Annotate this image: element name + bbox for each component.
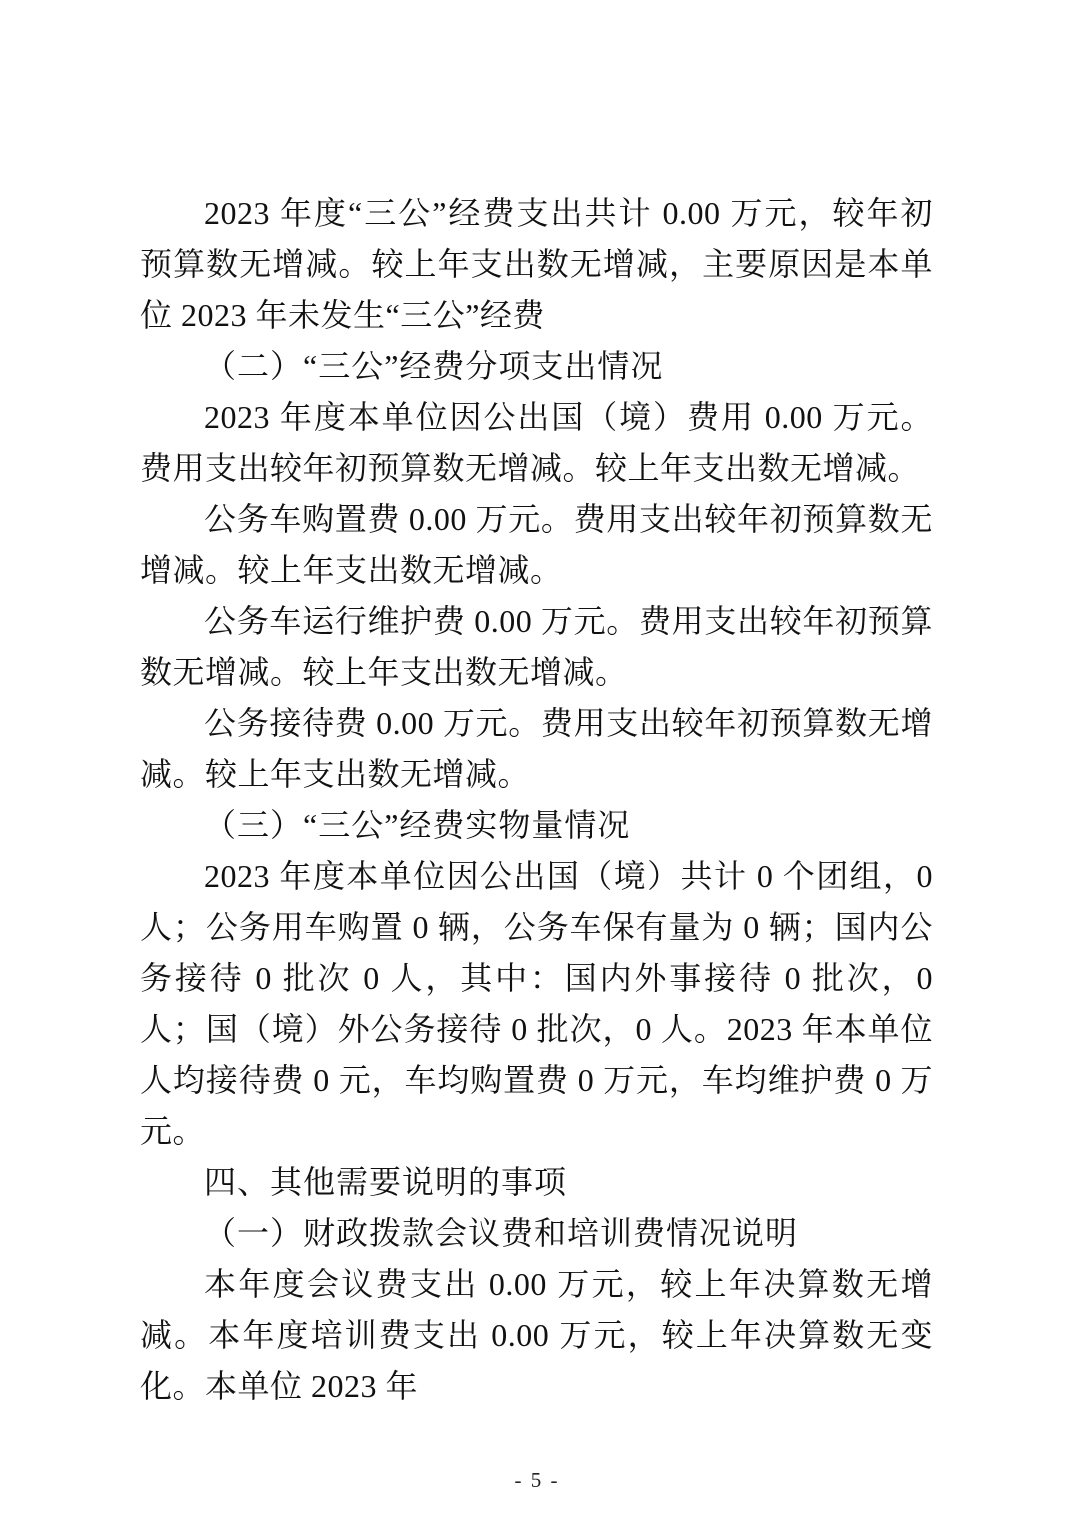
paragraph-overseas-travel-expense: 2023 年度本单位因公出国（境）费用 0.00 万元。费用支出较年初预算数无增… — [140, 392, 933, 494]
heading-sangong-itemized-expenditure: （二）“三公”经费分项支出情况 — [140, 341, 933, 392]
heading-sangong-physical-quantities: （三）“三公”经费实物量情况 — [140, 800, 933, 851]
heading-meeting-training-fees: （一）财政拨款会议费和培训费情况说明 — [140, 1208, 933, 1259]
page-number: - 5 - — [515, 1468, 560, 1492]
document-content: 2023 年度“三公”经费支出共计 0.00 万元，较年初预算数无增减。较上年支… — [140, 188, 933, 1412]
paragraph-official-reception-expense: 公务接待费 0.00 万元。费用支出较年初预算数无增减。较上年支出数无增减。 — [140, 698, 933, 800]
paragraph-sangong-total-expenditure: 2023 年度“三公”经费支出共计 0.00 万元，较年初预算数无增减。较上年支… — [140, 188, 933, 341]
paragraph-meeting-training-fees-detail: 本年度会议费支出 0.00 万元，较上年决算数无增减。本年度培训费支出 0.00… — [140, 1259, 933, 1412]
paragraph-vehicle-purchase-expense: 公务车购置费 0.00 万元。费用支出较年初预算数无增减。较上年支出数无增减。 — [140, 494, 933, 596]
heading-other-matters: 四、其他需要说明的事项 — [140, 1157, 933, 1208]
page-footer: - 5 - — [0, 1466, 1074, 1494]
paragraph-vehicle-maintenance-expense: 公务车运行维护费 0.00 万元。费用支出较年初预算数无增减。较上年支出数无增减… — [140, 596, 933, 698]
document-page: 2023 年度“三公”经费支出共计 0.00 万元，较年初预算数无增减。较上年支… — [0, 0, 1074, 1520]
paragraph-physical-quantities-detail: 2023 年度本单位因公出国（境）共计 0 个团组，0 人；公务用车购置 0 辆… — [140, 851, 933, 1157]
